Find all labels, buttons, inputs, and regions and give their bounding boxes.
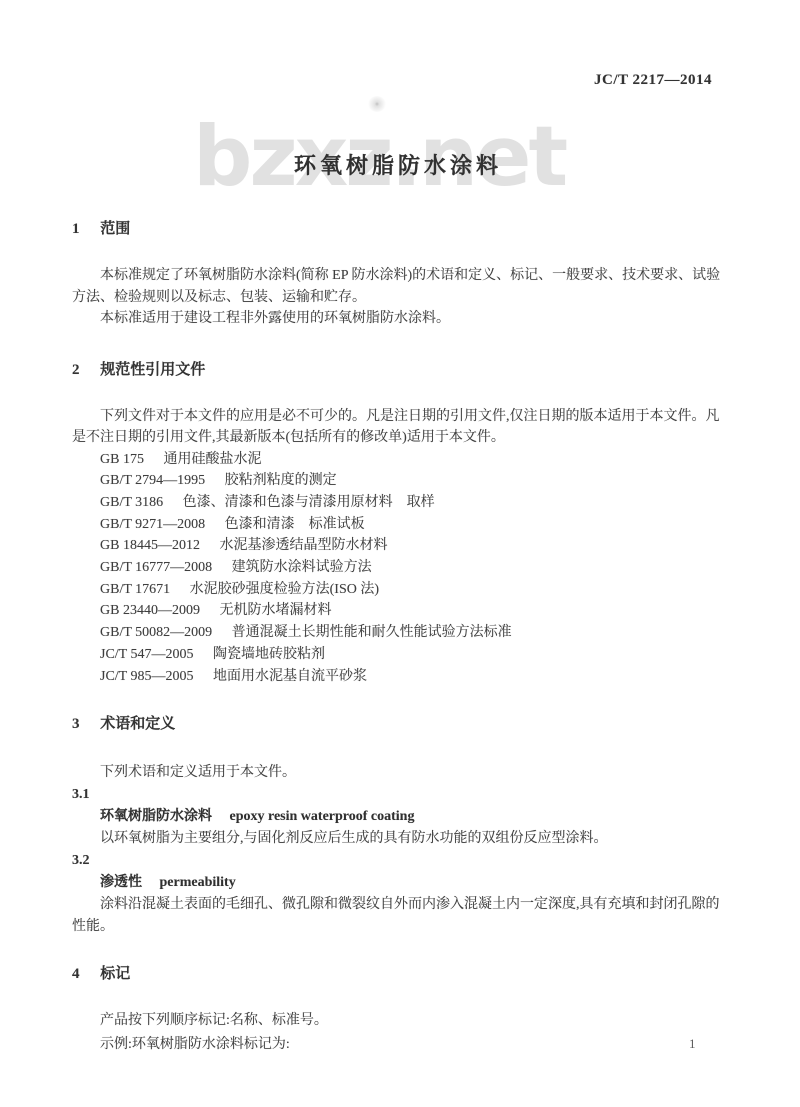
reference-item: GB/T 3186 色漆、清漆和色漆与清漆用原材料 取样: [100, 492, 724, 514]
section-normative-references: 2 规范性引用文件 下列文件对于本文件的应用是必不可少的。凡是注日期的引用文件,…: [72, 358, 724, 688]
reference-code: GB/T 17671: [100, 579, 170, 601]
term-name-line: 环氧树脂防水涂料 epoxy resin waterproof coating: [72, 806, 724, 828]
term-english: permeability: [160, 875, 236, 890]
reference-item: GB 175 通用硅酸盐水泥: [100, 449, 724, 471]
scope-paragraph-2: 本标准适用于建设工程非外露使用的环氧树脂防水涂料。: [72, 308, 724, 330]
section-title: 规范性引用文件: [100, 358, 205, 379]
reference-item: GB/T 2794—1995 胶粘剂粘度的测定: [100, 470, 724, 492]
reference-title: 无机防水堵漏材料: [219, 600, 331, 622]
reference-title: 色漆、清漆和色漆与清漆用原材料 取样: [183, 492, 435, 514]
term-name-line: 渗透性 permeability: [72, 872, 724, 894]
reference-code: GB/T 2794—1995: [100, 470, 205, 492]
reference-code: GB/T 9271—2008: [100, 514, 205, 536]
reference-item: JC/T 985—2005 地面用水泥基自流平砂浆: [100, 666, 724, 688]
section-title: 标记: [100, 962, 130, 983]
reference-title: 色漆和清漆 标准试板: [225, 514, 365, 536]
page-title: 环氧树脂防水涂料: [72, 149, 724, 180]
section-number: 4: [72, 966, 80, 983]
section-terms-heading: 3 术语和定义: [72, 713, 724, 735]
section-number: 2: [72, 362, 80, 379]
reference-item: GB 23440—2009 无机防水堵漏材料: [100, 600, 724, 622]
section-number: 1: [72, 221, 80, 238]
reference-code: GB/T 50082—2009: [100, 622, 212, 644]
reference-title: 建筑防水涂料试验方法: [232, 557, 372, 579]
term-definition: 以环氧树脂为主要组分,与固化剂反应后生成的具有防水功能的双组份反应型涂料。: [72, 828, 724, 850]
reference-item: GB/T 50082—2009 普通混凝土长期性能和耐久性能试验方法标准: [100, 622, 724, 644]
reference-code: GB 23440—2009: [100, 600, 200, 622]
reference-item: GB/T 17671 水泥胶砂强度检验方法(ISO 法): [100, 579, 724, 601]
term-number: 3.2: [72, 850, 724, 872]
reference-title: 水泥基渗透结晶型防水材料: [219, 535, 387, 557]
reference-code: GB/T 16777—2008: [100, 557, 212, 579]
term-english: epoxy resin waterproof coating: [230, 809, 415, 824]
section-scope: 1 范围 本标准规定了环氧树脂防水涂料(简称 EP 防水涂料)的术语和定义、标记…: [72, 217, 724, 330]
doc-number: JC/T 2217—2014: [72, 72, 724, 89]
reference-code: GB 18445—2012: [100, 535, 200, 557]
references-intro: 下列文件对于本文件的应用是必不可少的。凡是注日期的引用文件,仅注日期的版本适用于…: [72, 406, 724, 449]
section-scope-heading: 1 范围: [72, 217, 724, 238]
reference-code: GB/T 3186: [100, 492, 163, 514]
reference-item: JC/T 547—2005 陶瓷墙地砖胶粘剂: [100, 644, 724, 666]
reference-title: 陶瓷墙地砖胶粘剂: [213, 644, 325, 666]
term-chinese: 渗透性: [100, 875, 142, 890]
reference-item: GB 18445—2012 水泥基渗透结晶型防水材料: [100, 535, 724, 557]
reference-code: JC/T 985—2005: [100, 666, 193, 688]
reference-title: 地面用水泥基自流平砂浆: [213, 666, 367, 688]
section-title: 范围: [100, 217, 130, 238]
term-definition: 涂料沿混凝土表面的毛细孔、微孔隙和微裂纹自外而内渗入混凝土内一定深度,具有充填和…: [72, 894, 724, 938]
reference-title: 普通混凝土长期性能和耐久性能试验方法标准: [232, 622, 512, 644]
section-marking-heading: 4 标记: [72, 962, 724, 983]
marking-paragraph-1: 产品按下列顺序标记:名称、标准号。: [72, 1010, 724, 1032]
document-page: JC/T 2217—2014 bzxz.net 环氧树脂防水涂料 1 范围 本标…: [0, 0, 800, 1107]
term-entry-3-1: 3.1 环氧树脂防水涂料 epoxy resin waterproof coat…: [72, 784, 724, 850]
reference-code: GB 175: [100, 449, 144, 471]
reference-title: 胶粘剂粘度的测定: [225, 470, 337, 492]
reference-item: GB/T 9271—2008 色漆和清漆 标准试板: [100, 514, 724, 536]
terms-intro: 下列术语和定义适用于本文件。: [72, 762, 724, 784]
scope-paragraph-1: 本标准规定了环氧树脂防水涂料(简称 EP 防水涂料)的术语和定义、标记、一般要求…: [72, 265, 724, 308]
section-number: 3: [72, 713, 80, 735]
reference-item: GB/T 16777—2008 建筑防水涂料试验方法: [100, 557, 724, 579]
section-references-heading: 2 规范性引用文件: [72, 358, 724, 379]
reference-title: 通用硅酸盐水泥: [163, 449, 261, 471]
section-terms: 3 术语和定义 下列术语和定义适用于本文件。 3.1 环氧树脂防水涂料 epox…: [72, 713, 724, 938]
references-list: GB 175 通用硅酸盐水泥 GB/T 2794—1995 胶粘剂粘度的测定 G…: [72, 449, 724, 688]
reference-title: 水泥胶砂强度检验方法(ISO 法): [190, 579, 379, 601]
term-chinese: 环氧树脂防水涂料: [100, 809, 212, 824]
marking-paragraph-2: 示例:环氧树脂防水涂料标记为:: [72, 1034, 724, 1056]
term-entry-3-2: 3.2 渗透性 permeability 涂料沿混凝土表面的毛细孔、微孔隙和微裂…: [72, 850, 724, 938]
section-marking: 4 标记 产品按下列顺序标记:名称、标准号。 示例:环氧树脂防水涂料标记为:: [72, 962, 724, 1056]
reference-code: JC/T 547—2005: [100, 644, 193, 666]
section-title: 术语和定义: [100, 713, 175, 735]
term-number: 3.1: [72, 784, 724, 806]
